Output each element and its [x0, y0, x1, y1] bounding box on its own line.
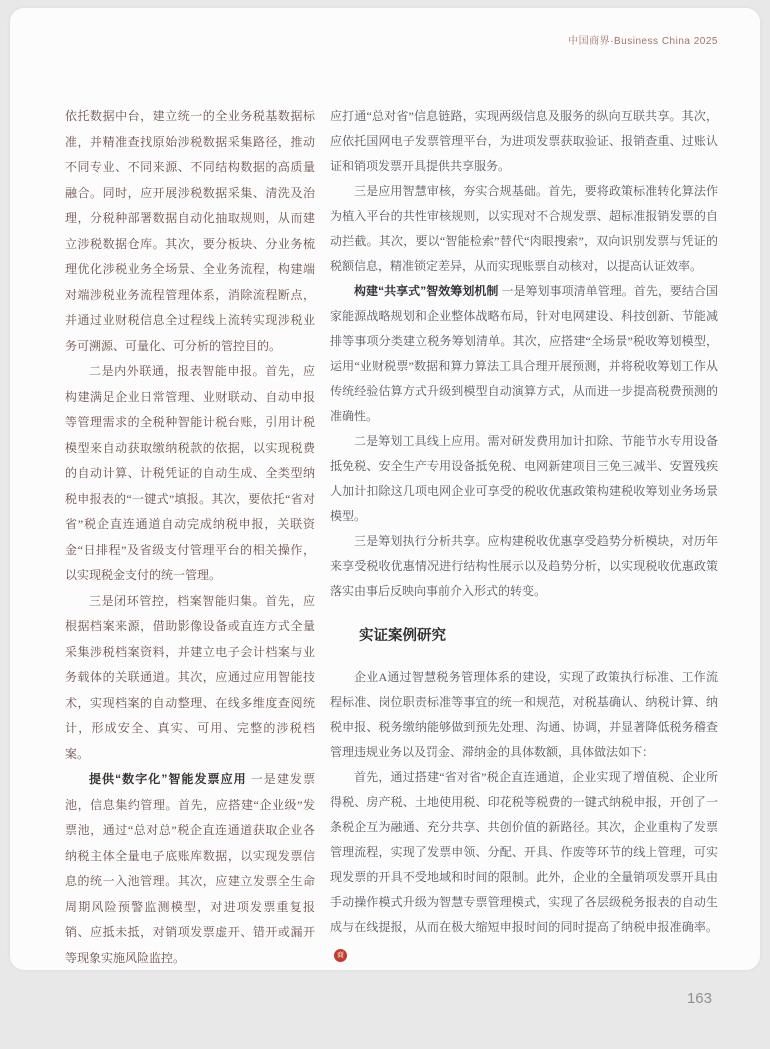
left-column: 依托数据中台，建立统一的全业务税基数据标准，并精准查找原始涉税数据采集路径，推动…: [65, 104, 315, 970]
author-affiliation: 作者单位：国网安徽省电力有限公司: [330, 965, 718, 970]
section-heading: 实证案例研究: [330, 624, 718, 649]
end-of-article-icon: 商: [334, 949, 347, 962]
page-number: 163: [687, 990, 712, 1007]
paragraph: 依托数据中台，建立统一的全业务税基数据标准，并精准查找原始涉税数据采集路径，推动…: [65, 104, 315, 359]
end-mark-glyph: 商: [337, 952, 344, 959]
paragraph-text: 一是筹划事项清单管理。首先，要结合国家能源战略规划和企业整体战略布局，针对电网建…: [330, 284, 718, 423]
paragraph-text: 首先，通过搭建“省对省”税企直连通道，企业实现了增值税、企业所得税、房产税、土地…: [330, 770, 718, 934]
right-column: 应打通“总对省”信息链路，实现两级信息及服务的纵向互联共享。其次，应依托国网电子…: [330, 104, 718, 970]
paragraph: 企业A通过智慧税务管理体系的建设，实现了政策执行标准、工作流程标准、岗位职责标准…: [330, 665, 718, 765]
paragraph: 提供“数字化”智能发票应用 一是建发票池，信息集约管理。首先，应搭建“企业级”发…: [65, 767, 315, 970]
inline-heading: 构建“共享式”智效筹划机制: [354, 284, 498, 298]
paragraph: 应打通“总对省”信息链路，实现两级信息及服务的纵向互联共享。其次，应依托国网电子…: [330, 104, 718, 179]
paragraph-text: 依托数据中台，建立统一的全业务税基数据标准，并精准查找原始涉税数据采集路径，推动…: [65, 109, 315, 353]
paragraph: 首先，通过搭建“省对省”税企直连通道，企业实现了增值税、企业所得税、房产税、土地…: [330, 765, 718, 965]
paragraph: 二是内外联通，报表智能申报。首先，应构建满足企业日常管理、业财联动、自动申报等管…: [65, 359, 315, 589]
paragraph: 构建“共享式”智效筹划机制 一是筹划事项清单管理。首先，要结合国家能源战略规划和…: [330, 279, 718, 429]
paragraph-text: 一是建发票池，信息集约管理。首先，应搭建“企业级”发票池，通过“总对总”税企直连…: [65, 772, 315, 965]
document-page: 中国商界·Business China 2025 依托数据中台，建立统一的全业务…: [10, 8, 760, 970]
paragraph: 三是闭环管控，档案智能归集。首先，应根据档案来源，借助影像设备或直连方式全量采集…: [65, 589, 315, 768]
paragraph-text: 三是应用智慧审核，夯实合规基础。首先，要将政策标准转化算法作为植入平台的共性审核…: [330, 184, 718, 273]
paragraph-text: 三是闭环管控，档案智能归集。首先，应根据档案来源，借助影像设备或直连方式全量采集…: [65, 594, 315, 761]
journal-header: 中国商界·Business China 2025: [568, 32, 718, 47]
paragraph-text: 二是内外联通，报表智能申报。首先，应构建满足企业日常管理、业财联动、自动申报等管…: [65, 364, 315, 582]
paragraph: 三是应用智慧审核，夯实合规基础。首先，要将政策标准转化算法作为植入平台的共性审核…: [330, 179, 718, 279]
paragraph-text: 应打通“总对省”信息链路，实现两级信息及服务的纵向互联共享。其次，应依托国网电子…: [330, 109, 718, 173]
paragraph-text: 三是筹划执行分析共享。应构建税收优惠享受趋势分析模块，对历年来享受税收优惠情况进…: [330, 534, 718, 598]
paragraph-text: 企业A通过智慧税务管理体系的建设，实现了政策执行标准、工作流程标准、岗位职责标准…: [330, 670, 718, 759]
paragraph: 三是筹划执行分析共享。应构建税收优惠享受趋势分析模块，对历年来享受税收优惠情况进…: [330, 529, 718, 604]
paragraph: 二是筹划工具线上应用。需对研发费用加计扣除、节能节水专用设备抵免税、安全生产专用…: [330, 429, 718, 529]
paragraph-text: 二是筹划工具线上应用。需对研发费用加计扣除、节能节水专用设备抵免税、安全生产专用…: [330, 434, 718, 523]
inline-heading: 提供“数字化”智能发票应用: [89, 772, 247, 786]
